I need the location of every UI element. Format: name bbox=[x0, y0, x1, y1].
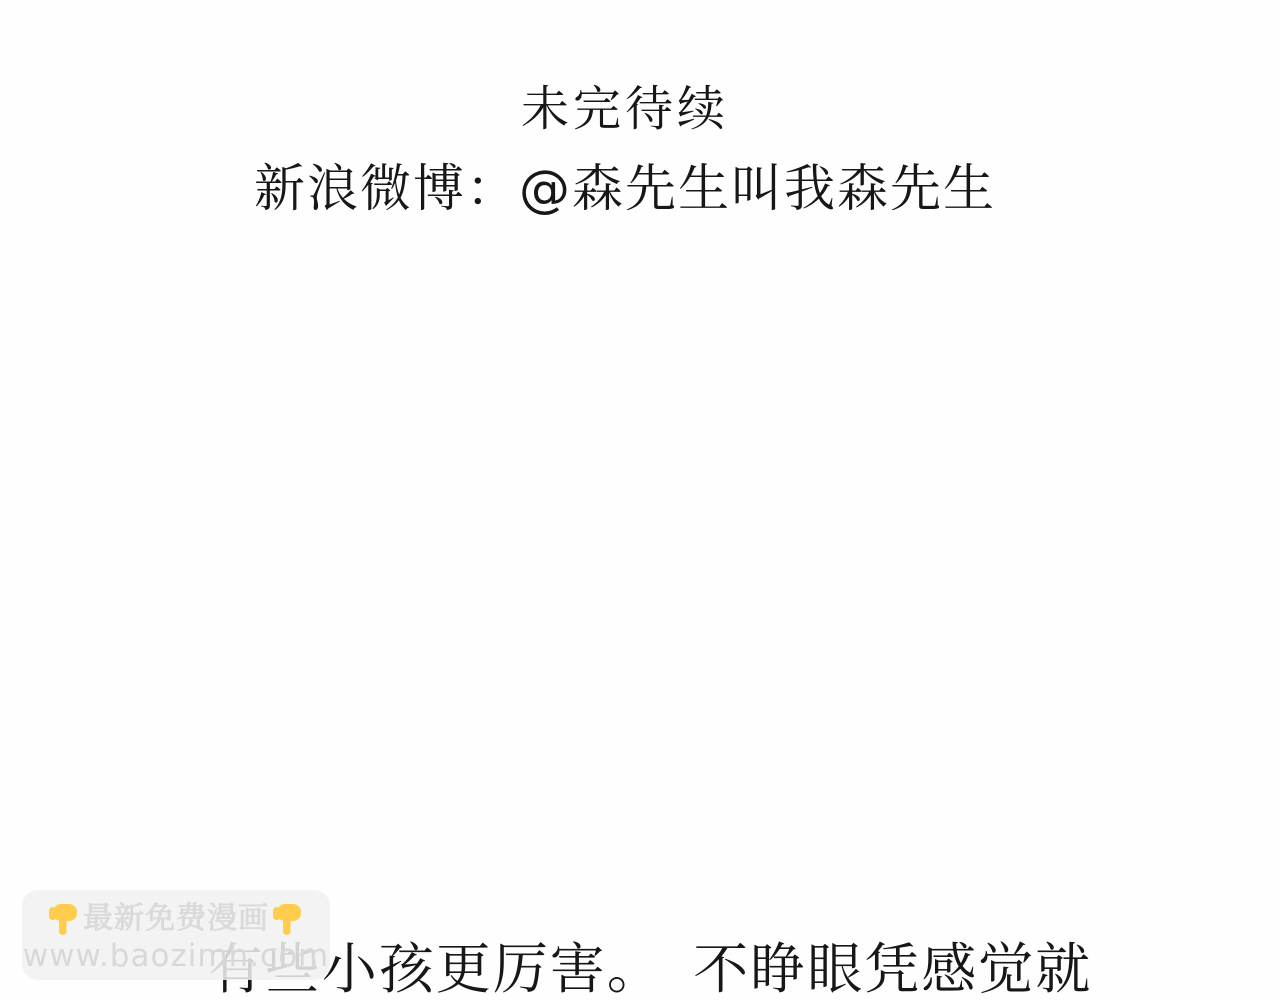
comic-page: 未完待续 新浪微博：@森先生叫我森先生 有些小孩更厉害。 不睁眼凭感觉就 最新免… bbox=[0, 0, 1280, 1000]
watermark-banner-text: 最新免费漫画 bbox=[83, 904, 269, 934]
point-down-icon bbox=[46, 901, 82, 937]
baozimh-watermark-badge: 最新免费漫画 www.baozimh.com bbox=[22, 890, 330, 980]
watermark-banner-row: 最新免费漫画 bbox=[46, 899, 306, 939]
point-down-icon bbox=[270, 901, 306, 937]
to-be-continued-text: 未完待续 bbox=[0, 82, 1250, 137]
watermark-url: www.baozimh.com bbox=[23, 939, 330, 973]
weibo-credit-text: 新浪微博：@森先生叫我森先生 bbox=[0, 161, 1250, 220]
